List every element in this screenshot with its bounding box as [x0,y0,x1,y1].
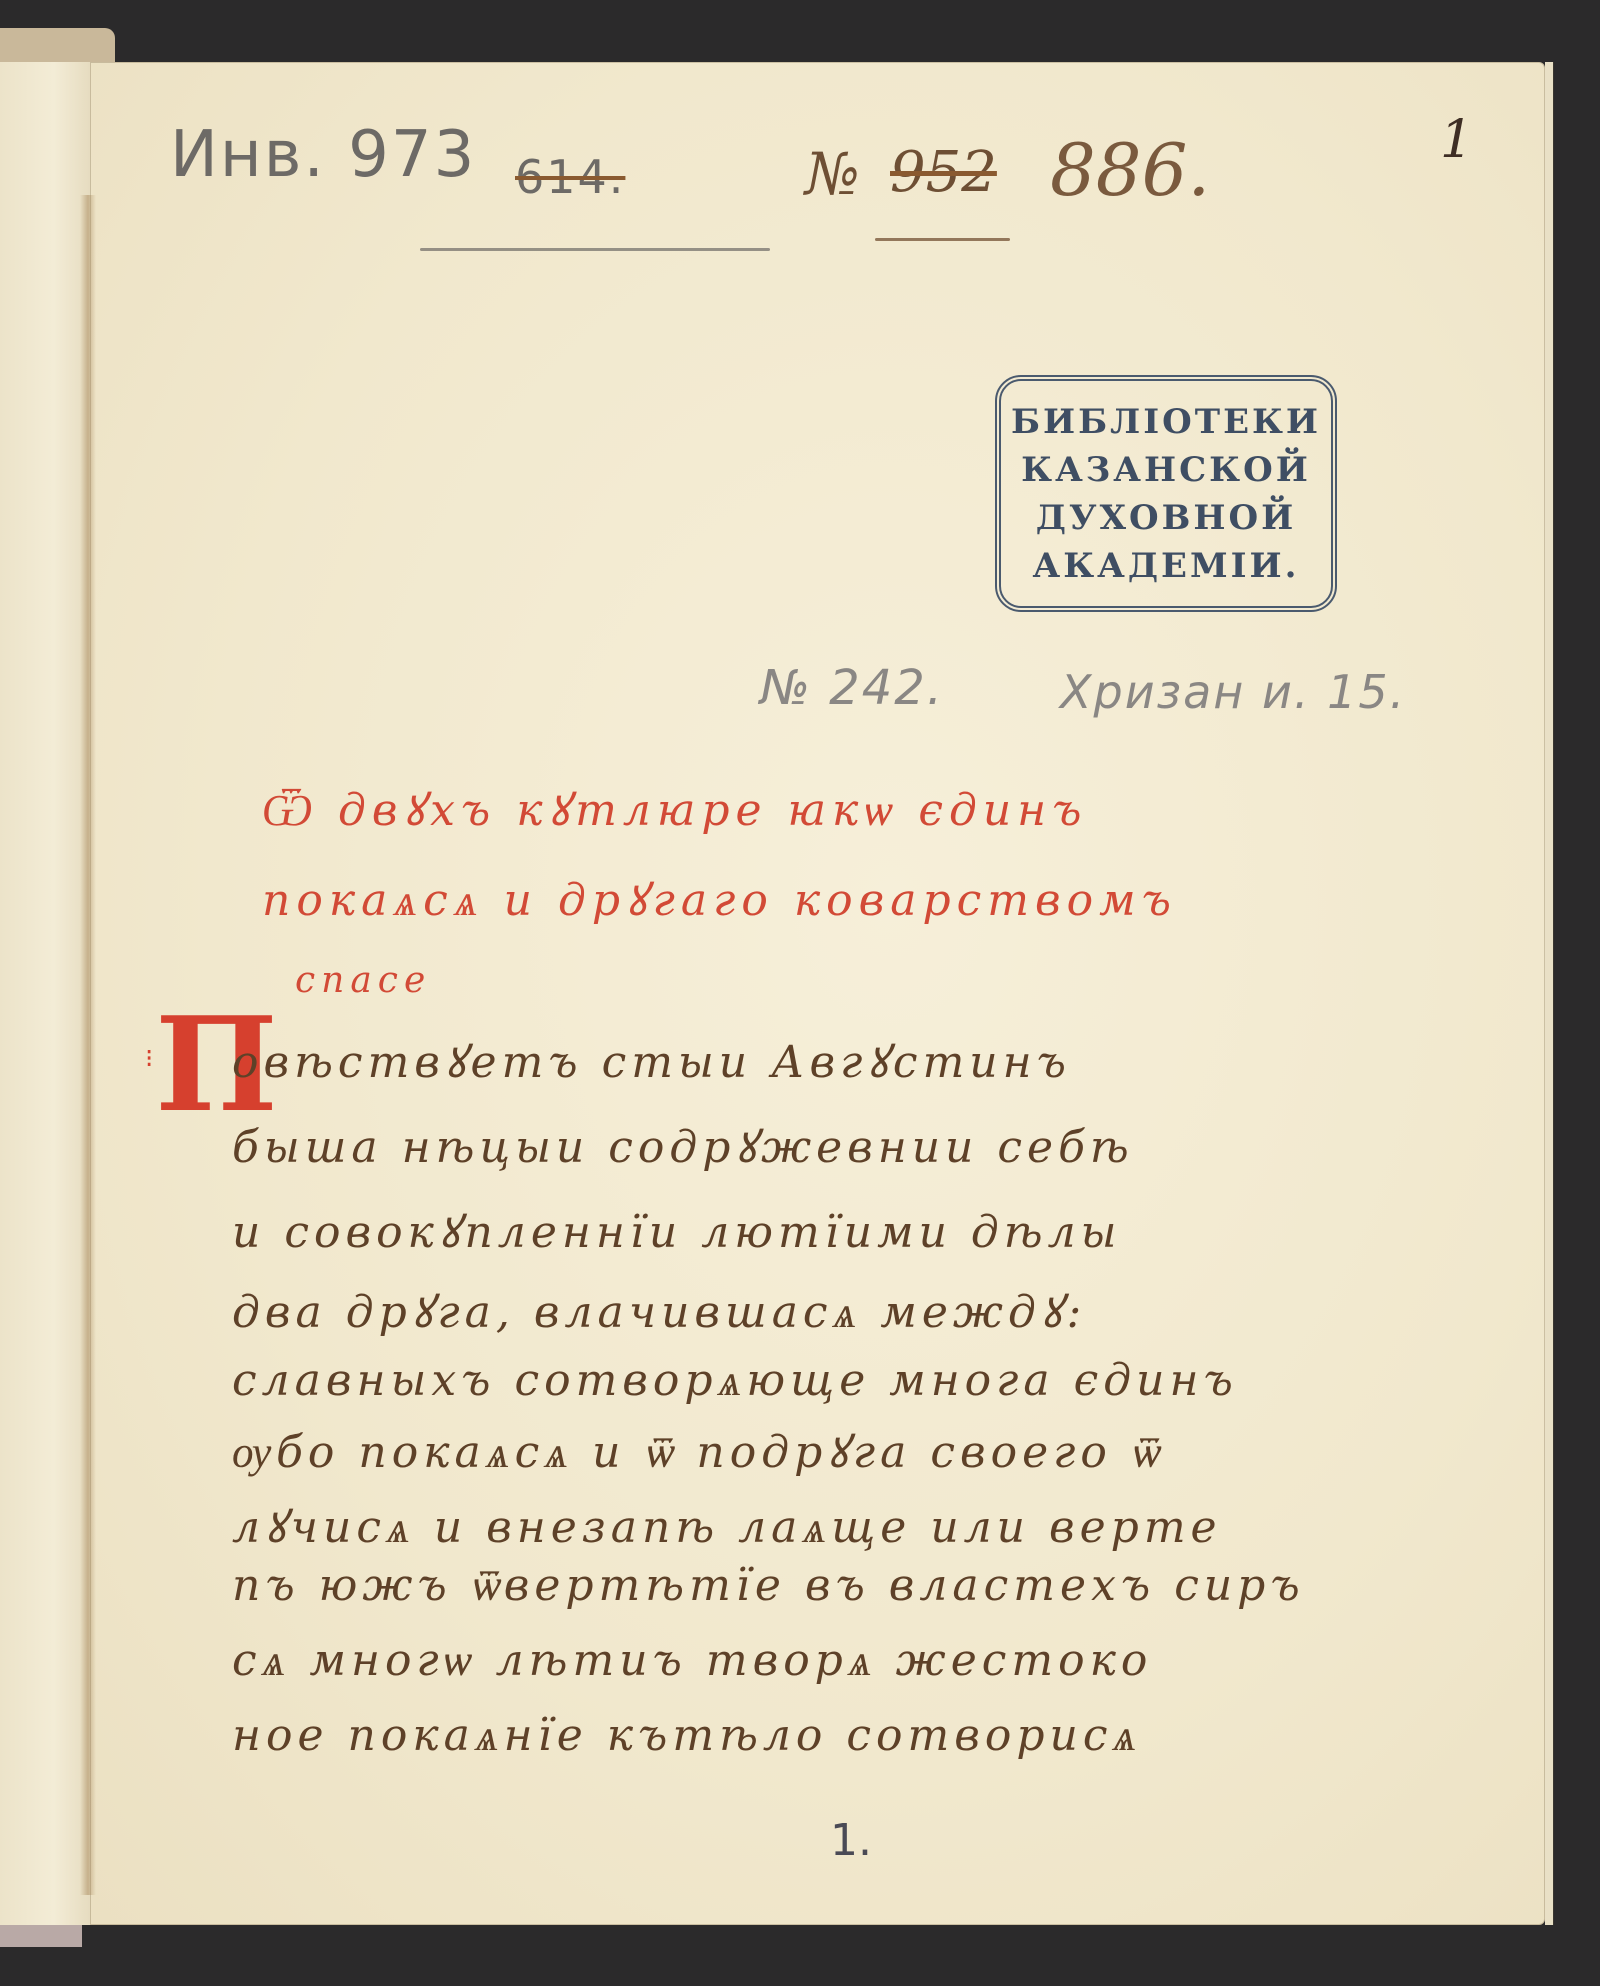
body-line-1: овѣствꙋетъ стыи Авгꙋстинъ [232,1030,1071,1090]
stamp-line-4: АКАДЕМІИ. [1033,542,1300,590]
body-line-4: два дрꙋга, влачившасѧ междꙋ: [232,1280,1086,1340]
body-line-6: ѹбо покаѧсѧ и ѿ подрꙋга своего ѿ [232,1420,1164,1480]
body-line-3: и совокꙋпленнїи лютїими дѣлы [232,1200,1121,1260]
binding-strip [0,62,90,1925]
library-stamp: БИБЛІОТЕКИ КАЗАНСКОЙ ДУХОВНОЙ АКАДЕМІИ. [995,375,1337,612]
heading-line-1: Ѿ двꙋхъ кꙋтлꙗре ꙗкѡ єдинъ [262,778,1088,838]
body-line-5: славныхъ сотворѧюще многа єдинъ [232,1355,1238,1406]
heading-line-3: спасе [295,960,431,1001]
pencil-underline [420,248,770,251]
stamp-line-2: КАЗАНСКОЙ [1021,446,1311,494]
number-current: 886. [1050,128,1210,212]
secondary-number: № 242. [760,660,944,716]
body-line-10: ное покаѧнїе кътѣло сотворисѧ [232,1710,1141,1761]
binding-bottom-edge [0,1925,82,1947]
stamp-line-3: ДУХОВНОЙ [1036,494,1296,542]
number-struck: 952 [890,140,997,205]
ink-underline [875,238,1010,241]
old-number-struck: 614. [515,150,625,204]
binding-top-edge [0,28,115,64]
body-line-2: быша нѣцыи содрꙋжевнии себѣ [232,1115,1134,1175]
body-line-9: сѧ многѡ лѣтиъ творѧ жестоко [232,1635,1152,1686]
page-edge [1545,62,1554,1925]
folio-bottom: 1. [830,1815,872,1866]
binding-seam-stain [80,195,96,1895]
secondary-note: Хризан и. 15. [1060,665,1406,719]
heading-line-2: покаѧсѧ и дрꙋгаго коварствомъ [262,868,1177,928]
number-prefix: № [805,140,860,208]
initial-ornament-icon: ⁝ [145,1050,153,1068]
stamp-line-1: БИБЛІОТЕКИ [1011,398,1321,446]
inventory-number: Инв. 973 [170,118,476,192]
body-line-7: лꙋчисѧ и внезапѣ лаѧще или верте [232,1495,1222,1555]
folio-top: 1 [1440,110,1473,170]
body-line-8: пъ южъ ѿвертѣтїе въ властехъ сиръ [232,1560,1305,1611]
